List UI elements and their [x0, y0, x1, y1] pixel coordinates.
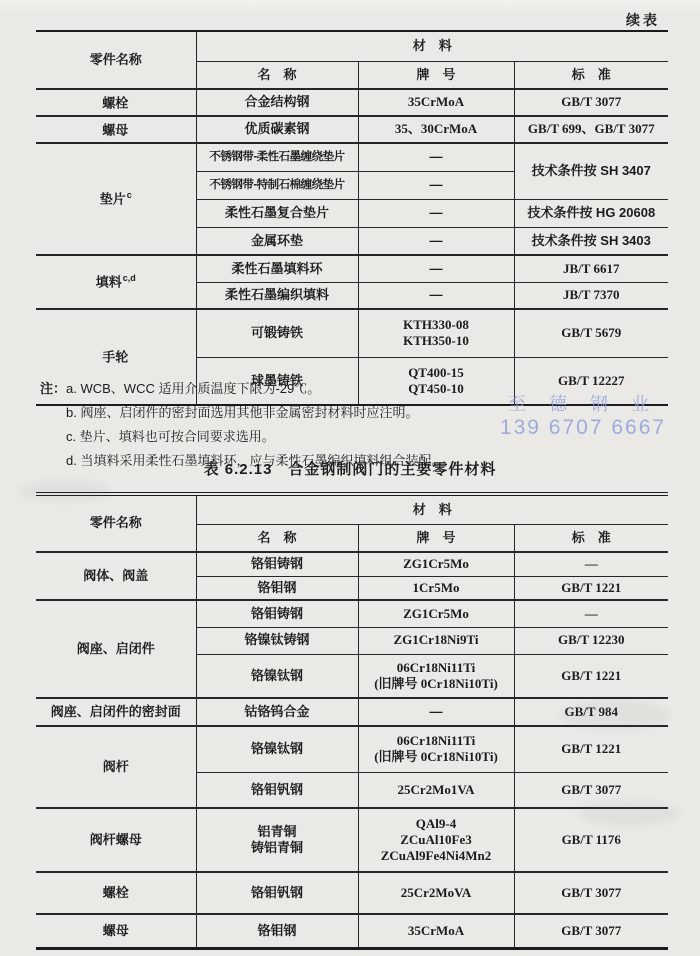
grade-line: KTH350-10	[361, 333, 512, 349]
grade-cell: ZG1Cr5Mo	[358, 600, 514, 627]
grade-cell: —	[358, 227, 514, 255]
grade-line: ZCuAl10Fe3	[361, 832, 512, 848]
standard-cell: GB/T 1221	[514, 576, 668, 600]
scanned-document-page: 续表 零件名称 材 料 名 称 牌 号 标 准 螺栓 合金结构钢 35CrMoA…	[0, 0, 700, 956]
header-standard: 标 准	[514, 61, 668, 89]
note-item-c: c. 垫片、填料也可按合同要求选用。	[66, 425, 444, 449]
grade-cell: ZG1Cr18Ni9Ti	[358, 627, 514, 654]
grade-cell: —	[358, 199, 514, 227]
standard-cell: —	[514, 600, 668, 627]
header-name: 名 称	[196, 61, 358, 89]
header-name: 名 称	[196, 524, 358, 552]
standard-cell: GB/T 1221	[514, 726, 668, 772]
part-name-cell: 阀座、启闭件	[36, 600, 196, 698]
material-name-cell: 不锈钢带-特制石棉缠绕垫片	[196, 171, 358, 199]
standard-cell: GB/T 12230	[514, 627, 668, 654]
grade-cell: QAl9-4 ZCuAl10Fe3 ZCuAl9Fe4Ni4Mn2	[358, 808, 514, 872]
material-name-cell: 柔性石墨填料环	[196, 255, 358, 282]
part-name-cell: 螺母	[36, 116, 196, 143]
grade-cell: 1Cr5Mo	[358, 576, 514, 600]
note-superscript: c,d	[123, 273, 136, 283]
header-material: 材 料	[196, 494, 668, 524]
material-name-cell: 铬镍钛钢	[196, 726, 358, 772]
header-grade: 牌 号	[358, 524, 514, 552]
scan-artifact	[20, 480, 110, 502]
standard-cell: JB/T 7370	[514, 282, 668, 309]
grade-cell: 06Cr18Ni11Ti (旧牌号 0Cr18Ni10Ti)	[358, 726, 514, 772]
part-name-cell: 阀体、阀盖	[36, 552, 196, 600]
material-name-cell: 金属环垫	[196, 227, 358, 255]
material-name-cell: 优质碳素钢	[196, 116, 358, 143]
table-6-2-13-title: 表 6.2.13 合金钢制阀门的主要零件材料	[0, 458, 700, 479]
material-name-cell: 合金结构钢	[196, 89, 358, 116]
header-material: 材 料	[196, 31, 668, 61]
standard-cell: 技术条件按 SH 3407	[514, 143, 668, 199]
standard-cell: GB/T 3077	[514, 914, 668, 948]
materials-table-continued: 零件名称 材 料 名 称 牌 号 标 准 螺栓 合金结构钢 35CrMoA GB…	[36, 30, 668, 406]
grade-line: 06Cr18Ni11Ti	[361, 660, 512, 676]
header-part-name: 零件名称	[36, 31, 196, 89]
material-name-line: 铝青铜	[199, 824, 356, 840]
header-standard: 标 准	[514, 524, 668, 552]
grade-cell: —	[358, 698, 514, 726]
standard-cell: GB/T 3077	[514, 872, 668, 914]
grade-cell: —	[358, 255, 514, 282]
grade-cell: ZG1Cr5Mo	[358, 552, 514, 576]
grade-cell: 35、30CrMoA	[358, 116, 514, 143]
grade-line: 06Cr18Ni11Ti	[361, 733, 512, 749]
part-name-cell: 阀杆	[36, 726, 196, 808]
standard-cell: JB/T 6617	[514, 255, 668, 282]
part-name-cell: 填料c,d	[36, 255, 196, 309]
grade-line: KTH330-08	[361, 317, 512, 333]
material-name-cell: 铬钼钢	[196, 914, 358, 948]
grade-line: ZCuAl9Fe4Ni4Mn2	[361, 848, 512, 864]
grade-line: (旧牌号 0Cr18Ni10Ti)	[361, 749, 512, 765]
header-part-name: 零件名称	[36, 494, 196, 552]
material-name-cell: 铬镍钛钢	[196, 654, 358, 698]
material-name-cell: 铬钼钒钢	[196, 872, 358, 914]
grade-cell: —	[358, 171, 514, 199]
grade-cell: 06Cr18Ni11Ti (旧牌号 0Cr18Ni10Ti)	[358, 654, 514, 698]
note-superscript: c	[127, 190, 132, 200]
note-item-b: b. 阀座、启闭件的密封面选用其他非金属密封材料时应注明。	[66, 401, 444, 425]
material-name-line: 铸铝青铜	[199, 840, 356, 856]
part-name-cell: 螺母	[36, 914, 196, 948]
material-name-cell: 铝青铜 铸铝青铜	[196, 808, 358, 872]
header-grade: 牌 号	[358, 61, 514, 89]
material-name-cell: 铬钼铸钢	[196, 552, 358, 576]
part-name-cell: 阀座、启闭件的密封面	[36, 698, 196, 726]
grade-cell: KTH330-08 KTH350-10	[358, 309, 514, 357]
grade-cell: —	[358, 282, 514, 309]
material-name-cell: 钴铬钨合金	[196, 698, 358, 726]
grade-cell: 35CrMoA	[358, 914, 514, 948]
standard-cell: —	[514, 552, 668, 576]
standard-cell: GB/T 699、GB/T 3077	[514, 116, 668, 143]
grade-line: QAl9-4	[361, 816, 512, 832]
scan-artifact	[580, 800, 680, 826]
material-name-cell: 铬镍钛铸钢	[196, 627, 358, 654]
material-name-cell: 柔性石墨编织填料	[196, 282, 358, 309]
standard-cell: 技术条件按 SH 3403	[514, 227, 668, 255]
standard-cell: 技术条件按 HG 20608	[514, 199, 668, 227]
material-name-cell: 铬钼钒钢	[196, 772, 358, 808]
grade-cell: 35CrMoA	[358, 89, 514, 116]
part-name-cell: 阀杆螺母	[36, 808, 196, 872]
part-name-cell: 螺栓	[36, 872, 196, 914]
grade-cell: 25Cr2Mo1VA	[358, 772, 514, 808]
material-name-cell: 铬钼钢	[196, 576, 358, 600]
standard-cell: GB/T 5679	[514, 309, 668, 357]
standard-cell: GB/T 1221	[514, 654, 668, 698]
standard-cell: GB/T 3077	[514, 89, 668, 116]
note-item-a: a. WCB、WCC 适用介质温度下限为-29℃。	[66, 377, 444, 401]
scan-artifact	[560, 700, 670, 730]
part-name-cell: 螺栓	[36, 89, 196, 116]
material-name-cell: 铬钼铸钢	[196, 600, 358, 627]
grade-cell: 25Cr2MoVA	[358, 872, 514, 914]
material-name-cell: 可锻铸铁	[196, 309, 358, 357]
grade-cell: —	[358, 143, 514, 171]
part-name-cell: 垫片c	[36, 143, 196, 255]
material-name-cell: 不锈钢带-柔性石墨缠绕垫片	[196, 143, 358, 171]
grade-line: (旧牌号 0Cr18Ni10Ti)	[361, 676, 512, 692]
material-name-cell: 柔性石墨复合垫片	[196, 199, 358, 227]
continued-table-label: 续表	[626, 10, 660, 30]
